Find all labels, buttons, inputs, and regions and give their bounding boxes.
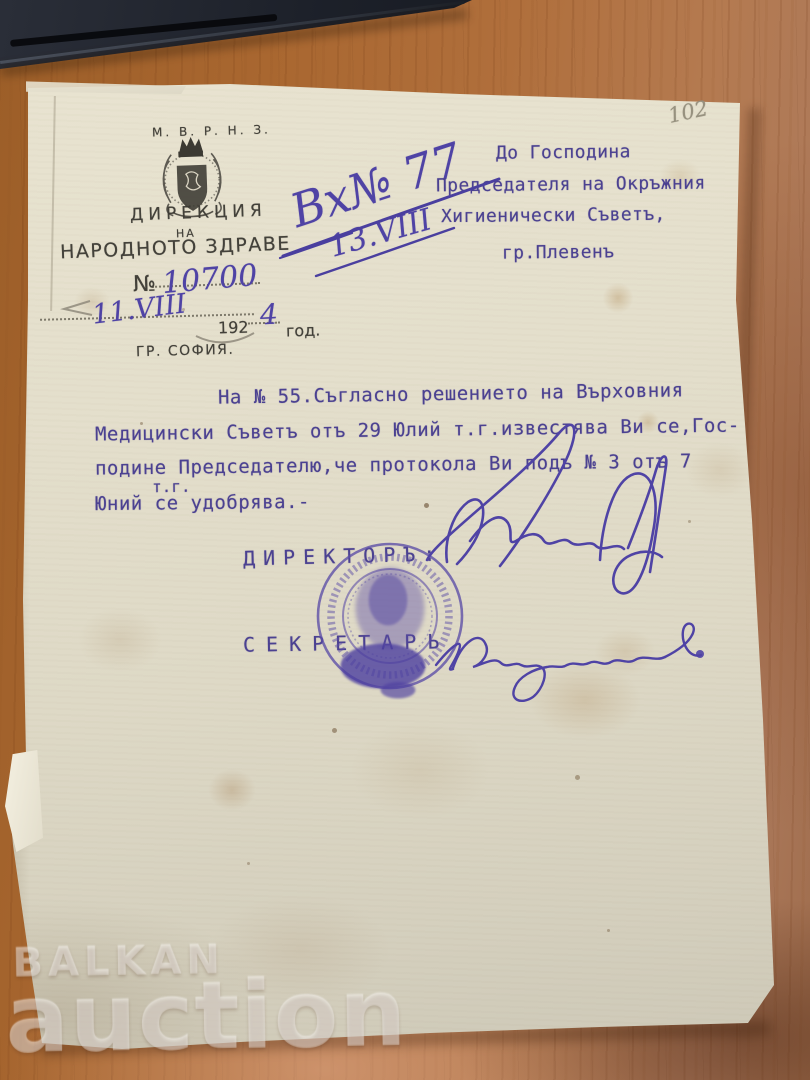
printed-year-prefix: 192 <box>218 318 249 338</box>
director-label: ДИРЕКТОРЪ: <box>243 542 444 571</box>
city-line: ГР. СОФИЯ. <box>136 342 235 361</box>
recipient-line: гр.Плевенъ <box>502 241 615 263</box>
handwritten-year-digit: 4 <box>259 298 279 332</box>
year-suffix: год. <box>286 321 321 341</box>
recipient-line: До Господина <box>496 141 631 163</box>
body-line: Юний се удобрява.- <box>95 491 310 515</box>
watermark-line2: auction <box>5 967 408 1068</box>
photo-of-document: М. В. Р. Н. З. ДИРЕКЦИЯ НА НАРОДНОТО ЗДР… <box>0 0 810 1080</box>
recipient-line: Председателя на Окръжния <box>436 173 706 197</box>
secretary-label: СЕКРЕТАРЬ <box>243 629 451 657</box>
recipient-line: Хигиенически Съветъ, <box>441 204 666 227</box>
